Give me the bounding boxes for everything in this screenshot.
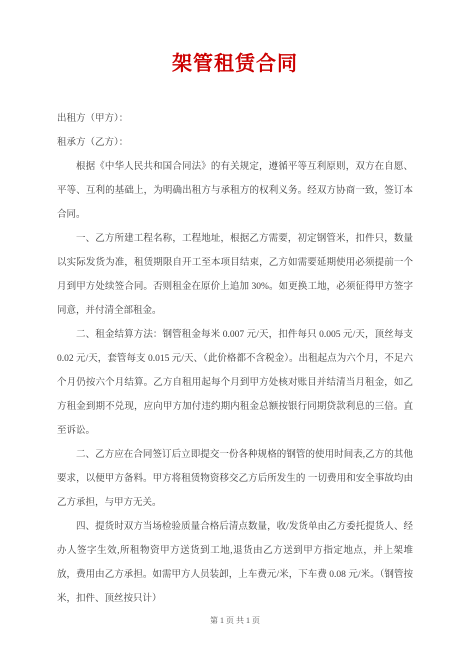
contract-clause-3: 二、乙方应在合同签订后立即提交一份各种规格的钢管的使用时间表,乙方的其他要求，以…	[57, 443, 413, 515]
contract-clause-4: 四、提货时双方当场检验质量合格后清点数量，收/发货单由乙方委托提货人、经办人签字…	[57, 515, 413, 611]
party-lessor-line: 出租方（甲方）：	[57, 107, 413, 131]
contract-intro-paragraph: 根据《中华人民共和国合同法》的有关规定，遵循平等互利原则，双方在自愿、平等、互利…	[57, 155, 413, 227]
document-page: 架管租赁合同 出租方（甲方）： 租承方（乙方）： 根据《中华人民共和国合同法》的…	[0, 0, 463, 655]
party-lessee-line: 租承方（乙方）：	[57, 131, 413, 155]
document-title: 架管租赁合同	[57, 50, 413, 78]
page-number-footer: 第 1 页 共 1 页	[57, 615, 413, 627]
contract-clause-2: 二、租金结算方法：钢管租金每米 0.007 元/天，扣件每只 0.005 元/天…	[57, 323, 413, 443]
contract-clause-1: 一、乙方所建工程名称，工程地址，根据乙方需要，初定钢管米，扣件只，数量以实际发货…	[57, 227, 413, 323]
